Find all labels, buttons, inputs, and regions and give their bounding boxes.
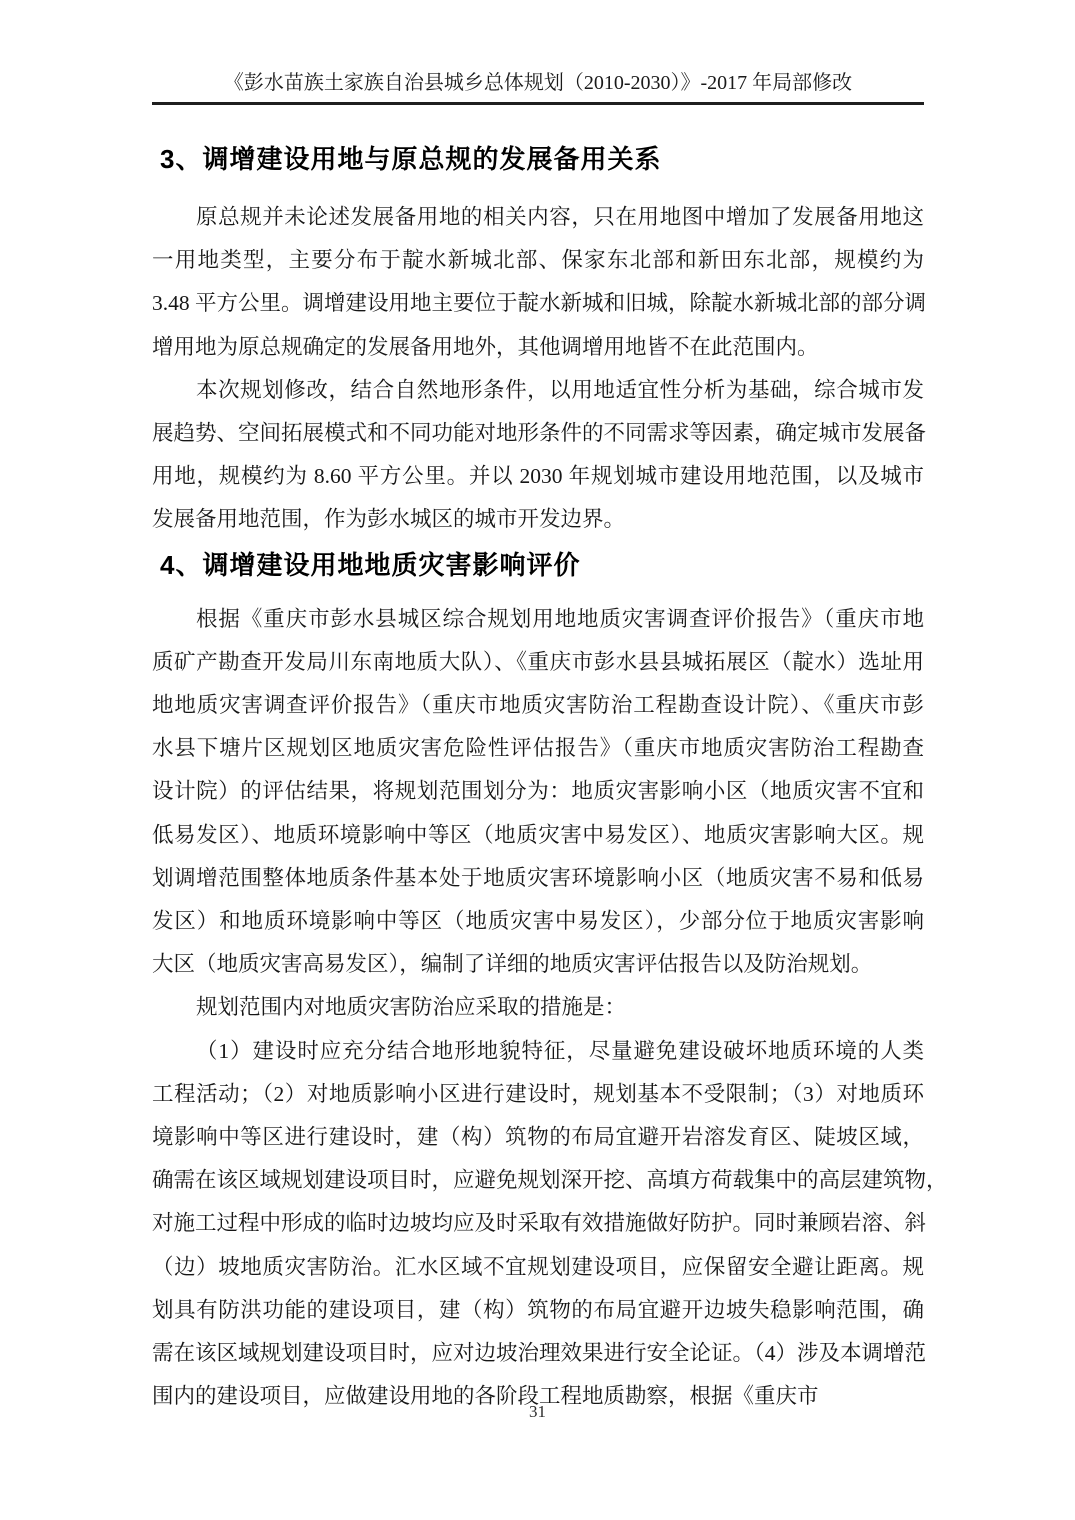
header-rule xyxy=(152,102,924,105)
text-line: 设计院）的评估结果，将规划范围划分为：地质灾害影响小区（地质灾害不宜和 xyxy=(152,770,924,813)
text-line: 对施工过程中形成的临时边坡均应及时采取有效措施做好防护。同时兼顾岩溶、斜 xyxy=(152,1202,924,1245)
text-line: 地地质灾害调查评价报告》（重庆市地质灾害防治工程勘查设计院）、《重庆市彭 xyxy=(152,684,924,727)
section-4-heading: 4、调增建设用地地质灾害影响评价 xyxy=(152,546,924,584)
text-line: 本次规划修改，结合自然地形条件，以用地适宜性分析为基础，综合城市发 xyxy=(152,369,924,412)
document-body: 3、调增建设用地与原总规的发展备用关系 原总规并未论述发展备用地的相关内容，只在… xyxy=(152,140,924,1418)
text-line: 水县下塘片区规划区地质灾害危险性评估报告》（重庆市地质灾害防治工程勘查 xyxy=(152,727,924,770)
section-3-heading: 3、调增建设用地与原总规的发展备用关系 xyxy=(152,140,924,178)
paragraph: （1）建设时应充分结合地形地貌特征，尽量避免建设破坏地质环境的人类工程活动；（2… xyxy=(152,1030,924,1419)
header-title: 《彭水苗族土家族自治县城乡总体规划（2010-2030）》-2017 年局部修改 xyxy=(152,70,924,96)
section-4: 4、调增建设用地地质灾害影响评价 根据《重庆市彭水县城区综合规划用地地质灾害调查… xyxy=(152,546,924,1419)
text-line: 低易发区）、地质环境影响中等区（地质灾害中易发区）、地质灾害影响大区。规 xyxy=(152,814,924,857)
text-line: 质矿产勘查开发局川东南地质大队）、《重庆市彭水县县城拓展区（靛水）选址用 xyxy=(152,641,924,684)
text-line: 境影响中等区进行建设时，建（构）筑物的布局宜避开岩溶发育区、陡坡区域， xyxy=(152,1116,924,1159)
text-line: 增用地为原总规确定的发展备用地外，其他调增用地皆不在此范围内。 xyxy=(152,326,924,369)
text-line: 需在该区域规划建设项目时，应对边坡治理效果进行安全论证。（4）涉及本调增范 xyxy=(152,1332,924,1375)
text-line: 确需在该区域规划建设项目时，应避免规划深开挖、高填方荷载集中的高层建筑物， xyxy=(152,1159,924,1202)
text-line: 一用地类型，主要分布于靛水新城北部、保家东北部和新田东北部，规模约为 xyxy=(152,239,924,282)
text-line: （边）坡地质灾害防治。汇水区域不宜规划建设项目，应保留安全避让距离。规 xyxy=(152,1246,924,1289)
page-number: 31 xyxy=(529,1402,546,1421)
text-line: 划调增范围整体地质条件基本处于地质灾害环境影响小区（地质灾害不易和低易 xyxy=(152,857,924,900)
text-line: 发展备用地范围，作为彭水城区的城市开发边界。 xyxy=(152,498,924,541)
page-header: 《彭水苗族土家族自治县城乡总体规划（2010-2030）》-2017 年局部修改 xyxy=(152,70,924,105)
paragraph: 本次规划修改，结合自然地形条件，以用地适宜性分析为基础，综合城市发展趋势、空间拓… xyxy=(152,369,924,542)
text-line: 根据《重庆市彭水县城区综合规划用地地质灾害调查评价报告》（重庆市地 xyxy=(152,598,924,641)
text-line: 3.48 平方公里。调增建设用地主要位于靛水新城和旧城，除靛水新城北部的部分调 xyxy=(152,282,924,325)
text-line: 规划范围内对地质灾害防治应采取的措施是： xyxy=(152,986,924,1029)
text-line: 大区（地质灾害高易发区），编制了详细的地质灾害评估报告以及防治规划。 xyxy=(152,943,924,986)
paragraph: 根据《重庆市彭水县城区综合规划用地地质灾害调查评价报告》（重庆市地质矿产勘查开发… xyxy=(152,598,924,987)
text-line: 发区）和地质环境影响中等区（地质灾害中易发区），少部分位于地质灾害影响 xyxy=(152,900,924,943)
section-3: 3、调增建设用地与原总规的发展备用关系 原总规并未论述发展备用地的相关内容，只在… xyxy=(152,140,924,542)
text-line: （1）建设时应充分结合地形地貌特征，尽量避免建设破坏地质环境的人类 xyxy=(152,1030,924,1073)
text-line: 展趋势、空间拓展模式和不同功能对地形条件的不同需求等因素，确定城市发展备 xyxy=(152,412,924,455)
page-footer: 31 xyxy=(0,1402,1075,1422)
section-3-paragraphs: 原总规并未论述发展备用地的相关内容，只在用地图中增加了发展备用地这一用地类型，主… xyxy=(152,196,924,542)
document-page: 《彭水苗族土家族自治县城乡总体规划（2010-2030）》-2017 年局部修改… xyxy=(0,0,1075,1520)
text-line: 用地，规模约为 8.60 平方公里。并以 2030 年规划城市建设用地范围，以及… xyxy=(152,455,924,498)
section-4-paragraphs: 根据《重庆市彭水县城区综合规划用地地质灾害调查评价报告》（重庆市地质矿产勘查开发… xyxy=(152,598,924,1419)
paragraph: 规划范围内对地质灾害防治应采取的措施是： xyxy=(152,986,924,1029)
text-line: 工程活动；（2）对地质影响小区进行建设时，规划基本不受限制；（3）对地质环 xyxy=(152,1073,924,1116)
text-line: 划具有防洪功能的建设项目，建（构）筑物的布局宜避开边坡失稳影响范围，确 xyxy=(152,1289,924,1332)
paragraph: 原总规并未论述发展备用地的相关内容，只在用地图中增加了发展备用地这一用地类型，主… xyxy=(152,196,924,369)
text-line: 原总规并未论述发展备用地的相关内容，只在用地图中增加了发展备用地这 xyxy=(152,196,924,239)
